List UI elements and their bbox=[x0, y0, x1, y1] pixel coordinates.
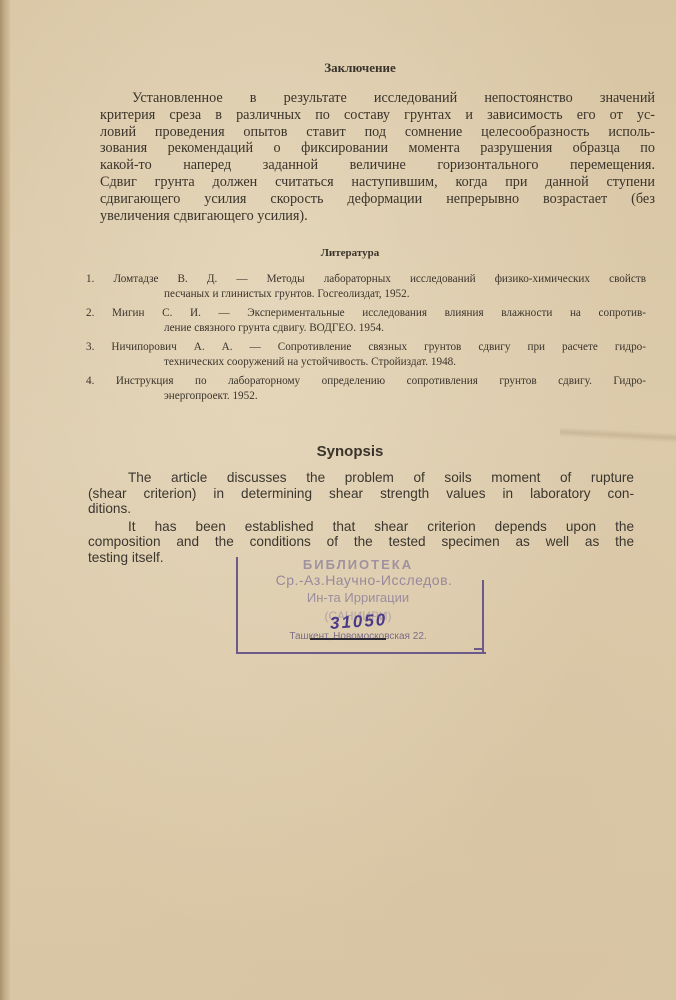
stamp-institute-line: Ин-та Ирригации bbox=[258, 590, 458, 605]
reference-line: технических сооружений на устойчивость. … bbox=[86, 355, 646, 370]
stamp-address: Ташкент, Новомосковская 22. bbox=[258, 631, 458, 642]
conclusion-line: ловий проведения опытов ставит под сомне… bbox=[100, 124, 655, 141]
conclusion-line: критерия среза в различных по составу гр… bbox=[100, 107, 655, 124]
stamp-institute-line: Ср.-Аз.Научно-Исследов. bbox=[244, 572, 484, 588]
synopsis-line: (shear criterion) in determining shear s… bbox=[88, 486, 634, 502]
conclusion-paragraph: Установленное в результате исследований … bbox=[100, 90, 655, 224]
paper-crease bbox=[560, 427, 676, 443]
conclusion-line: какой-то наперед заданной величине гориз… bbox=[100, 157, 655, 174]
reference-line: 3. Ничипорович А. А. — Сопротивление свя… bbox=[86, 340, 646, 355]
reference-list: 1. Ломтадзе В. Д. — Методы лабораторных … bbox=[86, 272, 646, 408]
reference-line: ление связного грунта сдвигу. ВОДГЕО. 19… bbox=[86, 321, 646, 336]
scanned-page: Заключение Установленное в результате ис… bbox=[0, 0, 676, 1000]
conclusion-line: Установленное в результате исследований … bbox=[100, 90, 655, 107]
conclusion-line: увеличения сдвигающего усилия). bbox=[100, 208, 655, 225]
stamp-strikethrough bbox=[310, 638, 386, 640]
reference-line: 2. Мигин С. И. — Экспериментальные иссле… bbox=[86, 306, 646, 321]
reference-line: энергопроект. 1952. bbox=[86, 389, 646, 404]
reference-item: 3. Ничипорович А. А. — Сопротивление свя… bbox=[86, 340, 646, 370]
stamp-border bbox=[474, 648, 484, 650]
reference-item: 4. Инструкция по лабораторному определен… bbox=[86, 374, 646, 404]
reference-line: песчаных и глинистых грунтов. Госгеолизд… bbox=[86, 287, 646, 302]
conclusion-line: сдвигающего усилия скорость деформации н… bbox=[100, 191, 655, 208]
synopsis-line: composition and the conditions of the te… bbox=[88, 534, 634, 550]
conclusion-line: зования рекомендаций о фиксировании моме… bbox=[100, 140, 655, 157]
stamp-border bbox=[482, 580, 484, 652]
conclusion-heading: Заключение bbox=[22, 60, 676, 76]
stamp-library-label: БИБЛИОТЕКА bbox=[258, 557, 458, 572]
reference-line: 1. Ломтадзе В. Д. — Методы лабораторных … bbox=[86, 272, 646, 287]
synopsis-heading: Synopsis bbox=[12, 443, 676, 460]
synopsis-line: It has been established that shear crite… bbox=[88, 519, 634, 535]
synopsis-body: The article discusses the problem of soi… bbox=[88, 470, 634, 566]
conclusion-line: Сдвиг грунта должен считаться наступивши… bbox=[100, 174, 655, 191]
page-spine-shadow bbox=[0, 0, 10, 1000]
reference-line: 4. Инструкция по лабораторному определен… bbox=[86, 374, 646, 389]
synopsis-line: ditions. bbox=[88, 501, 634, 517]
library-stamp: БИБЛИОТЕКА Ср.-Аз.Научно-Исследов. Ин-та… bbox=[236, 557, 486, 654]
reference-item: 2. Мигин С. И. — Экспериментальные иссле… bbox=[86, 306, 646, 336]
synopsis-line: The article discusses the problem of soi… bbox=[88, 470, 634, 486]
literature-heading: Литература bbox=[12, 247, 676, 259]
reference-item: 1. Ломтадзе В. Д. — Методы лабораторных … bbox=[86, 272, 646, 302]
